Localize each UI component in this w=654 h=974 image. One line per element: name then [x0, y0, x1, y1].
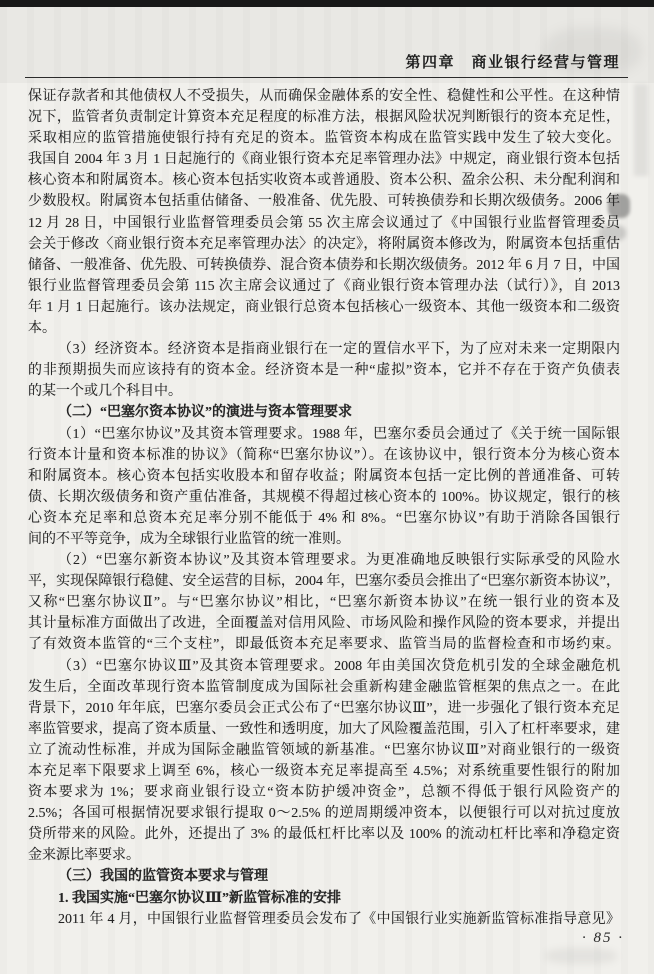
- text-line: 又称“巴塞尔协议Ⅱ”。与“巴塞尔协议”相比，“巴塞尔新资本协议”在统一银行业的资…: [28, 592, 620, 613]
- text-line: 的某一个或几个科目中。: [28, 381, 620, 402]
- text-line: 了有效资本监管的“三个支柱”，即最低资本充足率要求、监管当局的监督检查和市场约束…: [28, 634, 620, 655]
- text-line: （1）“巴塞尔协议”及其资本管理要求。1988 年，巴塞尔委员会通过了《关于统一…: [28, 424, 620, 445]
- text-line: （3）“巴塞尔协议Ⅲ”及其资本管理要求。2008 年由美国次贷危机引发的全球金融…: [28, 656, 620, 677]
- text-line: 银行业监督管理委员会第 115 次主席会议通过了《商业银行资本管理办法（试行）》…: [28, 276, 620, 297]
- text-line: 金来源比率要求。: [28, 845, 620, 866]
- text-body: 保证存款者和其他债权人不受损失，从而确保金融体系的安全性、稳健性和公平性。在这种…: [28, 86, 620, 930]
- text-line: 平，实现保障银行稳健、安全运营的目标，2004 年，巴塞尔委员会推出了“巴塞尔新…: [28, 571, 620, 592]
- text-line: 心资本充足率和总资本充足率分别不能低于 4% 和 8%。“巴塞尔协议”有助于消除…: [28, 508, 620, 529]
- header-rule: [25, 77, 628, 78]
- text-line: （3）经济资本。经济资本是指商业银行在一定的置信水平下，为了应对未来一定期限内: [28, 339, 620, 360]
- scan-artifact: [634, 84, 648, 176]
- text-line: 立了流动性标准，并成为国际金融监管领域的新基准。“巴塞尔协议Ⅲ”对商业银行的一级…: [28, 740, 620, 761]
- text-line: 的非预期损失而应该持有的资本金。经济资本是一种“虚拟”资本，它并不存在于资产负债…: [28, 360, 620, 381]
- text-line: 年 1 月 1 日起施行。该办法规定，商业银行总资本包括核心一级资本、其他一级资…: [28, 297, 620, 318]
- text-line: 债、长期次级债务和资产重估准备，其规模不得超过核心资本的 100%。协议规定，银…: [28, 487, 620, 508]
- scan-edge-bar: [0, 0, 654, 7]
- text-line: 背景下，2010 年年底，巴塞尔委员会正式公布了“巴塞尔协议Ⅲ”，进一步强化了银…: [28, 698, 620, 719]
- text-line: 率监管要求，提高了资本质量、一致性和透明度，加大了风险覆盖范围，引入了杠杆率要求…: [28, 719, 620, 740]
- scan-artifact: [545, 948, 617, 964]
- text-line: 保证存款者和其他债权人不受损失，从而确保金融体系的安全性、稳健性和公平性。在这种…: [28, 86, 620, 107]
- text-line: 少数股权。附属资本包括重估储备、一般准备、优先股、可转换债券和长期次级债务。20…: [28, 191, 620, 212]
- text-line: 采取相应的监管措施使银行持有充足的资本。监管资本构成在监管实践中发生了较大变化。: [28, 128, 620, 149]
- text-line: 储备、一般准备、优先股、可转换债券、混合资本债券和长期次级债务。2012 年 6…: [28, 255, 620, 276]
- text-line: 和附属资本。核心资本包括实收股本和留存收益；附属资本包括一定比例的普通准备、可转: [28, 466, 620, 487]
- text-line: 资本要求为 1%；要求商业银行设立“资本防护缓冲资金”，总额不得低于银行风险资产…: [28, 782, 620, 803]
- text-line: 本充足率下限要求上调至 6%，核心一级资本充足率提高至 4.5%；对系统重要性银…: [28, 761, 620, 782]
- chapter-header: 第四章 商业银行经营与管理: [405, 51, 620, 72]
- text-line: 核心资本和附属资本。核心资本包括实收资本或普通股、资本公积、盈余公积、未分配利润…: [28, 170, 620, 191]
- text-line: （二）“巴塞尔资本协议”的演进与资本管理要求: [28, 402, 620, 423]
- text-line: 本。: [28, 318, 620, 339]
- scanned-book-page: 第四章 商业银行经营与管理 保证存款者和其他债权人不受损失，从而确保金融体系的安…: [0, 0, 654, 974]
- text-line: 间的不平等竞争，成为全球银行业监管的统一准则。: [28, 529, 620, 550]
- page-number: · 85 ·: [582, 930, 624, 947]
- text-line: 发生后，全面改革现行资本监管制度成为国际社会重新构建金融监管框架的焦点之一。在此: [28, 677, 620, 698]
- text-line: 2011 年 4 月，中国银行业监督管理委员会发布了《中国银行业实施新监管标准指…: [28, 909, 620, 930]
- text-line: 1. 我国实施“巴塞尔协议Ⅲ”新监管标准的安排: [28, 888, 620, 909]
- text-line: 其计量标准方面做出了改进，全面覆盖对信用风险、市场风险和操作风险的资本要求，并提…: [28, 613, 620, 634]
- text-line: 况下，监管者负责制定计算资本充足程度的标准方法，根据风险状况判断银行的资本充足性…: [28, 107, 620, 128]
- text-line: 12 月 28 日，中国银行业监督管理委员会第 55 次主席会议通过了《中国银行…: [28, 213, 620, 234]
- text-line: 会关于修改〈商业银行资本充足率管理办法〉的决定》，将附属资本修改为，附属资本包括…: [28, 234, 620, 255]
- text-line: （2）“巴塞尔新资本协议”及其资本管理要求。为更准确地反映银行实际承受的风险水: [28, 550, 620, 571]
- text-line: （三）我国的监管资本要求与管理: [28, 866, 620, 887]
- text-line: 我国自 2004 年 3 月 1 日起施行的《商业银行资本充足率管理办法》中规定…: [28, 149, 620, 170]
- text-line: 贷所带来的风险。此外，还提出了 3% 的最低杠杆比率以及 100% 的流动杠杆比…: [28, 824, 620, 845]
- text-line: 2.5%；各国可根据情况要求银行提取 0～2.5% 的逆周期缓冲资本，以便银行可…: [28, 803, 620, 824]
- text-line: 行资本计量和资本标准的协议》（简称“巴塞尔协议”）。在该协议中，银行资本分为核心…: [28, 445, 620, 466]
